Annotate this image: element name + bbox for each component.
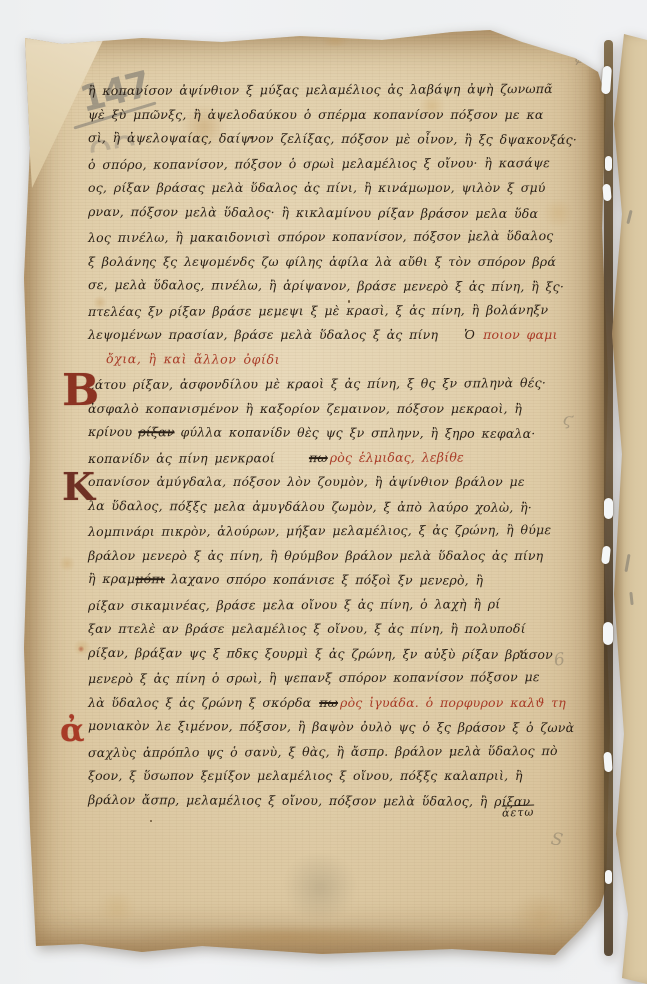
text-segment: πτελέας ξν ρίξαν βράσε μεμεψι ξ μὲ κρασὶ…: [88, 302, 548, 319]
next-page-edge: [612, 34, 647, 984]
text-segment: πω: [309, 450, 328, 465]
text-segment: πω: [319, 695, 338, 710]
manuscript-line: λὰ ὕδαλος ξ ἀς ζρώνη ξ σκόρδαπωρὸς ἰγυάδ…: [88, 691, 574, 716]
manuscript-line: λομπινάρι πικρὸν, ἀλούρων, μήξαν μελαμέλ…: [88, 518, 574, 545]
manuscript-line: σαχλὺς ἀπρόπλο ψς ὁ σανὺ, ξ θὰς, ἢ ἄσπρ.…: [88, 738, 574, 765]
text-segment: ρίξαν: [138, 424, 174, 439]
text-segment: μονιακὸν λε ξιμένον, πόξσον, ἢ βαψὸν ὀυλ…: [88, 718, 574, 735]
manuscript-line: μενερὸ ξ ἀς πίνη ὁ σρωὶ, ἢ ψεπανξ σπόρον…: [88, 665, 574, 692]
binding-stitch: [602, 184, 611, 202]
text-segment: σὶ, ἢ ἀψελοψαίας, δαίψνον ζελίξας, πόξσο…: [88, 130, 577, 147]
ink-speck: [150, 820, 152, 822]
text-segment: κοπανίδν ἀς πίνη μενκραοί: [88, 450, 275, 466]
text-segment: ρίξαν, βράξαν ψς ξ πδκς ξουρμὶ ξ ἀς ζρών…: [88, 644, 553, 661]
manuscript-line: σε, μελὰ ὕδαλος, πινέλω, ἢ ἀρίψανον, βρά…: [88, 273, 574, 300]
rubric-text-segment: ὄχια, ἢ καὶ ἄλλον ὀφίδι: [106, 351, 280, 367]
manuscript-line: ος, ρίξαν βράσας μελὰ ὕδαλος ἀς πίνι, ἢ …: [88, 176, 574, 201]
manuscript-text-block: ἢ κοπανίσον ἀψίνθιον ξ μύξας μελαμέλιος …: [88, 78, 574, 813]
text-segment: εάτου ρίξαν, ἀσφονδίλου μὲ κραοὶ ξ ἀς πί…: [88, 375, 546, 392]
stain: [58, 556, 76, 571]
text-segment: ρναν, πόξσον μελὰ ὕδαλος· ἢ κικλαμίνου ρ…: [88, 203, 538, 220]
stain-bottom-band: [142, 926, 432, 948]
text-segment: λα ὕδαλος, πόξξς μελα ἀμυγδάλου ζωμὸν, ξ…: [88, 497, 532, 514]
text-segment: Ὁ: [464, 327, 475, 342]
text-segment: οπανίσον ἀμύγδαλα, πόξσον λὸν ζουμὸν, ἢ …: [88, 474, 525, 489]
manuscript-line: κρίνουρίξανφύλλα κοπανίδν θὲς ψς ξν σπλη…: [88, 420, 574, 447]
text-segment: ξ βολάνης ξς λεψομένδς ζω φίλης ἀφίλα λὰ…: [88, 254, 556, 269]
manuscript-page: 147 ᴖᴖ ϛ 6 S ψ ἢ κοπανίσον ἀψίνθιον ξ μύ…: [22, 28, 614, 956]
rubric-heading-line: ὄχια, ἢ καὶ ἄλλον ὀφίδι: [88, 346, 574, 373]
next-page-mark: [624, 554, 630, 572]
text-segment: λαχανο σπόρο κοπάνισε ξ πόξοὶ ξν μενερὸ,…: [171, 571, 483, 587]
text-segment: ξαν πτελὲ αν βράσε μελαμέλιος ξ οἴνου, ξ…: [88, 621, 526, 636]
manuscript-line: λεψομένων πρασίαν, βράσε μελὰ ὕδαλος ξ ἀ…: [88, 323, 574, 348]
binding-stitch: [604, 498, 613, 519]
manuscript-line: ρίξαν, βράξαν ψς ξ πδκς ξουρμὶ ξ ἀς ζρών…: [88, 640, 574, 667]
manuscript-line: βράλον μενερὸ ξ ἀς πίνη, ἢ θρύμβον βράλο…: [88, 544, 574, 569]
text-segment: λὰ ὕδαλος ξ ἀς ζρώνη ξ σκόρδα: [88, 695, 311, 710]
text-segment: βράλον ἄσπρ, μελαμέλιος ξ οἴνου, πόξσον …: [88, 791, 530, 808]
manuscript-line: ρναν, πόξσον μελὰ ὕδαλος· ἢ κικλαμίνου ρ…: [88, 199, 574, 226]
binding-stitch: [601, 66, 612, 95]
text-segment: μενερὸ ξ ἀς πίνη ὁ σρωὶ, ἢ ψεπανξ σπόρον…: [88, 669, 540, 686]
next-page-mark: [626, 210, 632, 224]
manuscript-line: ξ βολάνης ξς λεψομένδς ζω φίλης ἀφίλα λὰ…: [88, 250, 574, 275]
manuscript-line: Βεάτου ρίξαν, ἀσφονδίλου μὲ κραοὶ ξ ἀς π…: [88, 371, 574, 398]
binding-stitch: [603, 752, 612, 773]
manuscript-line: ξοον, ξ ὕσωπον ξεμίξον μελαμέλιος ξ οἴνο…: [88, 764, 574, 789]
smudge-bottom-center: [280, 856, 360, 920]
manuscript-line: σὶ, ἢ ἀψελοψαίας, δαίψνον ζελίξας, πόξσο…: [88, 126, 574, 153]
manuscript-line: λος πινέλω, ἢ μακαιδονισὶ σπόρον κοπανίσ…: [88, 224, 574, 251]
manuscript-line: πτελέας ξν ρίξαν βράσε μεμεψι ξ μὲ κρασὶ…: [88, 297, 574, 324]
manuscript-line: ρίξαν σικαμινέας, βράσε μελα οἴνου ξ ἀς …: [88, 591, 574, 618]
manuscript-line: λα ὕδαλος, πόξξς μελα ἀμυγδάλου ζωμὸν, ξ…: [88, 493, 574, 520]
text-segment: ὁ σπόρο, κοπανίσον, πόξσον ὁ σρωὶ μελαμέ…: [88, 155, 550, 172]
text-segment: ἀσφαλὸ κοπανισμένον ἢ καξορίον ζεμαινον,…: [88, 401, 522, 416]
manuscript-line: ὁ σπόρο, κοπανίσον, πόξσον ὁ σρωὶ μελαμέ…: [88, 150, 574, 177]
binding-stitch: [603, 622, 613, 645]
text-segment: ἢ κοπανίσον ἀψίνθιον ξ μύξας μελαμέλιος …: [88, 81, 553, 98]
manuscript-line: ἢ κραμμόπιλαχανο σπόρο κοπάνισε ξ πόξοὶ …: [88, 567, 574, 594]
stain: [508, 896, 574, 940]
drop-cap-initial: ἀ: [60, 714, 85, 746]
showthrough-mark: S: [549, 829, 564, 851]
manuscript-line: ἢ κοπανίσον ἀψίνθιον ξ μύξας μελαμέλιος …: [88, 77, 574, 104]
rubric-text-segment: ρὸς ἑλμιδας, λεβίθε: [330, 449, 464, 465]
text-segment: φύλλα κοπανίδν θὲς ψς ξν σπληνν, ἢ ξηρο …: [181, 424, 536, 441]
showthrough-mark: ψ: [572, 51, 587, 69]
stain: [94, 894, 140, 922]
text-segment: ἢ κραμ: [88, 571, 135, 586]
manuscript-line: ψὲ ξὺ μπῶνξς, ἢ ἀψελοδαύκου ὁ σπέρμα κοπ…: [88, 103, 574, 128]
catchword: ἀετω: [502, 805, 535, 819]
text-segment: μόπι: [135, 571, 165, 586]
next-page-mark: [629, 592, 633, 605]
rubric-text-segment: ρὸς ἰγυάδα. ὁ πορφυρον καλϑ τη: [340, 695, 566, 710]
manuscript-line: ξαν πτελὲ αν βράσε μελαμέλιος ξ οἴνου, ξ…: [88, 617, 574, 642]
text-segment: σε, μελὰ ὕδαλος, πινέλω, ἢ ἀρίψανον, βρά…: [88, 277, 564, 294]
text-segment: ξοον, ξ ὕσωπον ξεμίξον μελαμέλιος ξ οἴνο…: [88, 768, 523, 783]
stain-red-fleck: [78, 646, 84, 652]
manuscript-line: ἀμονιακὸν λε ξιμένον, πόξσον, ἢ βαψὸν ὀυ…: [88, 714, 574, 741]
binding-stitch: [605, 156, 612, 171]
manuscript-line: κοπανίδν ἀς πίνη μενκραοίπωρὸς ἑλμιδας, …: [88, 444, 574, 471]
manuscript-line: Κοπανίσον ἀμύγδαλα, πόξσον λὸν ζουμὸν, ἢ…: [88, 470, 574, 495]
manuscript-scan: 147 ᴖᴖ ϛ 6 S ψ ἢ κοπανίσον ἀψίνθιον ξ μύ…: [0, 0, 647, 984]
text-segment: σαχλὺς ἀπρόπλο ψς ὁ σανὺ, ξ θὰς, ἢ ἄσπρ.…: [88, 743, 558, 760]
text-segment: ψὲ ξὺ μπῶνξς, ἢ ἀψελοδαύκου ὁ σπέρμα κοπ…: [88, 107, 543, 122]
stain: [318, 30, 352, 46]
binding-stitch: [605, 870, 612, 884]
text-segment: βράλον μενερὸ ξ ἀς πίνη, ἢ θρύμβον βράλο…: [88, 548, 543, 563]
text-segment: κρίνου: [88, 424, 132, 439]
text-segment: ος, ρίξαν βράσας μελὰ ὕδαλος ἀς πίνι, ἢ …: [88, 180, 546, 195]
text-segment: λεψομένων πρασίαν, βράσε μελὰ ὕδαλος ξ ἀ…: [88, 327, 438, 342]
text-segment: λος πινέλω, ἢ μακαιδονισὶ σπόρον κοπανίσ…: [88, 228, 554, 245]
manuscript-line: ἀσφαλὸ κοπανισμένον ἢ καξορίον ζεμαινον,…: [88, 397, 574, 422]
text-segment: λομπινάρι πικρὸν, ἀλούρων, μήξαν μελαμέλ…: [88, 522, 551, 539]
rubric-text-segment: ποιον φαμι: [483, 327, 557, 342]
text-segment: ρίξαν σικαμινέας, βράσε μελα οἴνου ξ ἀς …: [88, 596, 500, 613]
